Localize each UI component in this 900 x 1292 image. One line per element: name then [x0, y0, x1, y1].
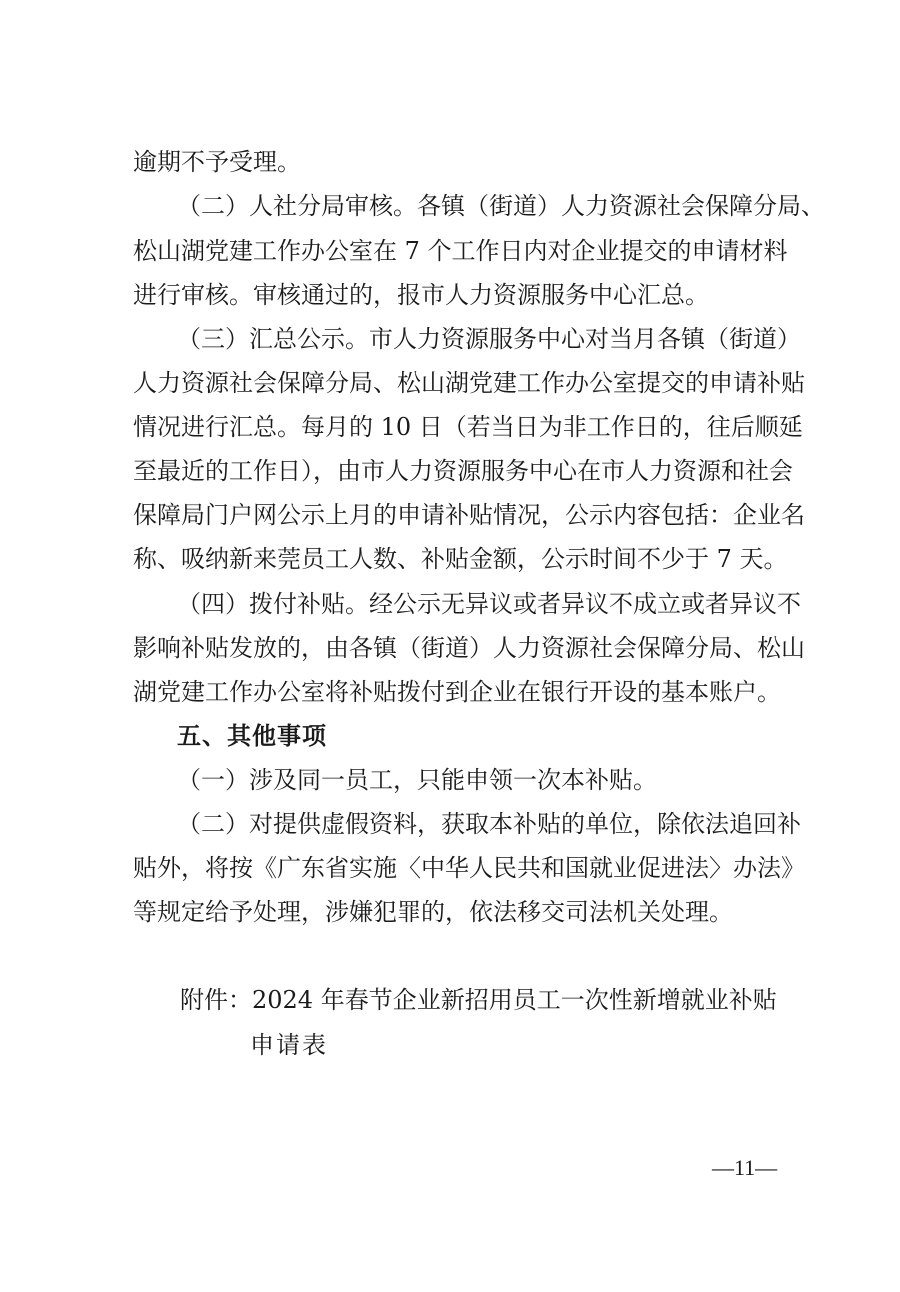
- section-heading-other-matters: 五、其他事项: [177, 714, 327, 758]
- paragraph-line: 松山湖党建工作办公室在 7 个工作日内对企业提交的申请材料: [133, 229, 778, 273]
- document-page: 逾期不予受理。 （二）人社分局审核。各镇（街道）人力资源社会保障分局、 松山湖党…: [0, 0, 900, 1292]
- paragraph-line: 湖党建工作办公室将补贴拨付到企业在银行开设的基本账户。: [133, 670, 781, 714]
- other-matters-item-2: （二）对提供虚假资料，获取本补贴的单位，除依法追回补: [177, 802, 778, 846]
- other-matters-item-1: （一）涉及同一员工，只能申领一次本补贴。: [177, 758, 778, 802]
- paragraph-line: 等规定给予处理，涉嫌犯罪的，依法移交司法机关处理。: [133, 890, 733, 934]
- paragraph-line: 影响补贴发放的，由各镇（街道）人力资源社会保障分局、松山: [133, 626, 778, 670]
- page-number: —11—: [712, 1152, 777, 1184]
- paragraph-line: 人力资源社会保障分局、松山湖党建工作办公室提交的申请补贴: [133, 361, 778, 405]
- section-payment-line: （四）拨付补贴。经公示无异议或者异议不成立或者异议不: [177, 582, 778, 626]
- paragraph-line: 至最近的工作日），由市人力资源服务中心在市人力资源和社会: [133, 449, 778, 493]
- section-publicity-line: （三）汇总公示。市人力资源服务中心对当月各镇（街道）: [177, 317, 778, 361]
- paragraph-line: 情况进行汇总。每月的 10 日（若当日为非工作日的，往后顺延: [133, 405, 778, 449]
- section-review-line: （二）人社分局审核。各镇（街道）人力资源社会保障分局、: [177, 184, 778, 228]
- paragraph-line: 保障局门户网公示上月的申请补贴情况，公示内容包括：企业名: [133, 493, 778, 537]
- attachment-title: 附件：2024 年春节企业新招用员工一次性新增就业补贴: [180, 978, 742, 1022]
- attachment-title-continued: 申请表: [250, 1023, 328, 1067]
- paragraph-line: 进行审核。审核通过的，报市人力资源服务中心汇总。: [133, 273, 709, 317]
- paragraph-line: 贴外，将按《广东省实施〈中华人民共和国就业促进法〉办法》: [133, 846, 778, 890]
- paragraph-line: 称、吸纳新来莞员工人数、补贴金额，公示时间不少于 7 天。: [133, 537, 788, 581]
- paragraph-line: 逾期不予受理。: [133, 140, 301, 184]
